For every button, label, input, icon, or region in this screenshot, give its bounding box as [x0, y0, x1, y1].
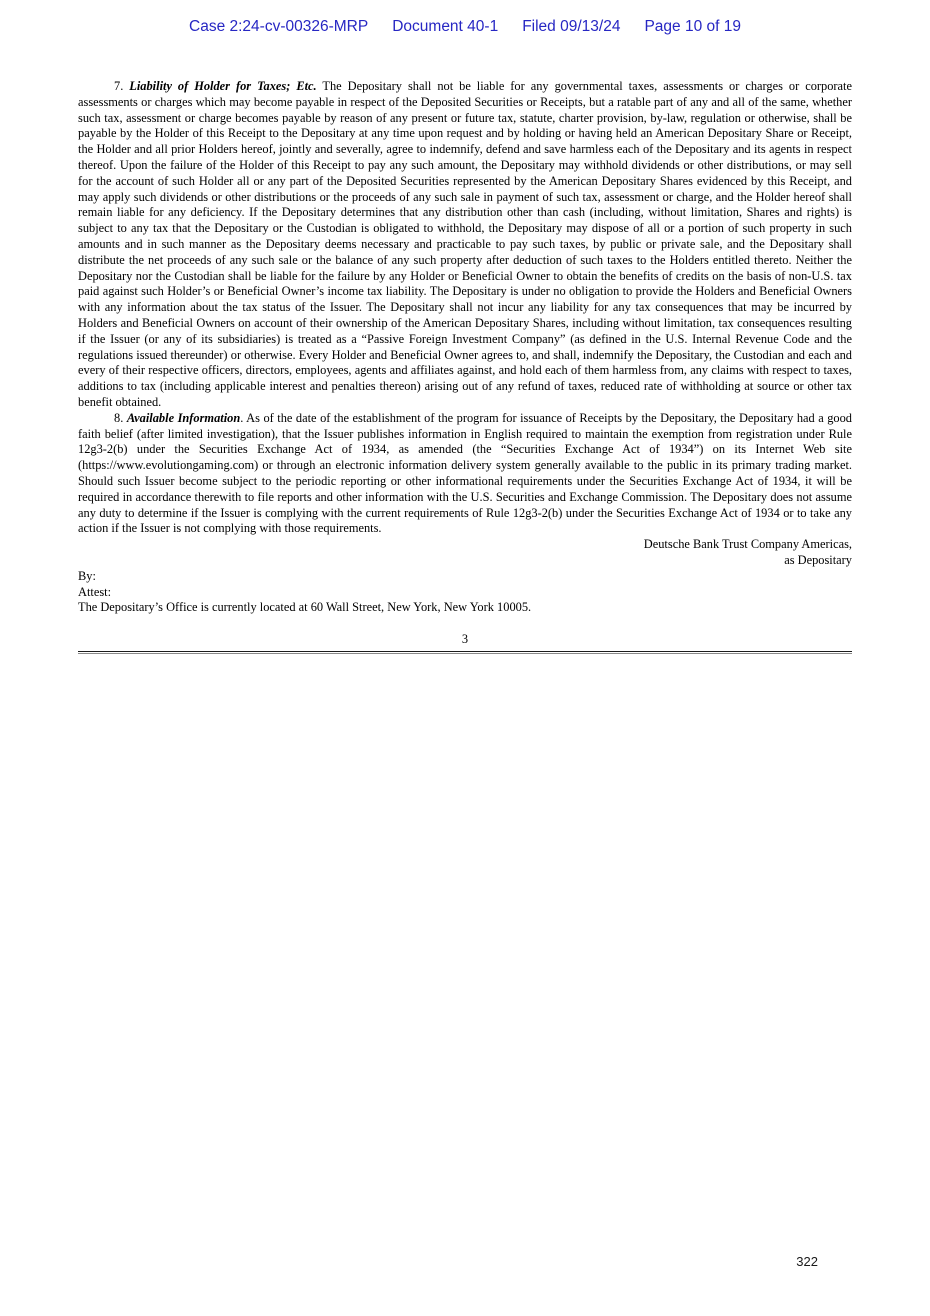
caption-page-of: Page 10 of 19 — [644, 18, 741, 36]
signature-block: Deutsche Bank Trust Company Americas, as… — [78, 537, 852, 569]
paragraph-liability-of-holder-for-taxes: 7. Liability of Holder for Taxes; Etc. T… — [78, 79, 852, 411]
paragraph-text: . As of the date of the establishment of… — [78, 411, 852, 536]
paragraph-number: 7. — [114, 79, 123, 93]
case-caption: Case 2:24-cv-00326-MRP Document 40-1 Fil… — [0, 18, 930, 36]
caption-filed-date: Filed 09/13/24 — [522, 18, 620, 36]
office-address-line: The Depositary’s Office is currently loc… — [78, 600, 852, 616]
bates-number: 322 — [796, 1254, 818, 1269]
footer-rule — [78, 651, 852, 654]
page-number: 3 — [78, 632, 852, 648]
paragraph-heading: Available Information — [127, 411, 240, 425]
document-body: 7. Liability of Holder for Taxes; Etc. T… — [78, 79, 852, 654]
document-page: { "colors": { "caption_blue": "#2727C3",… — [0, 0, 930, 1316]
paragraph-heading: Liability of Holder for Taxes; Etc. — [129, 79, 316, 93]
signature-company: Deutsche Bank Trust Company Americas, — [78, 537, 852, 553]
attest-line: Attest: — [78, 585, 852, 601]
caption-document-number: Document 40-1 — [392, 18, 498, 36]
paragraph-number: 8. — [114, 411, 123, 425]
by-line: By: — [78, 569, 852, 585]
caption-case-number: Case 2:24-cv-00326-MRP — [189, 18, 368, 36]
paragraph-text: The Depositary shall not be liable for a… — [78, 79, 852, 409]
paragraph-available-information: 8. Available Information. As of the date… — [78, 411, 852, 537]
signature-capacity: as Depositary — [78, 553, 852, 569]
